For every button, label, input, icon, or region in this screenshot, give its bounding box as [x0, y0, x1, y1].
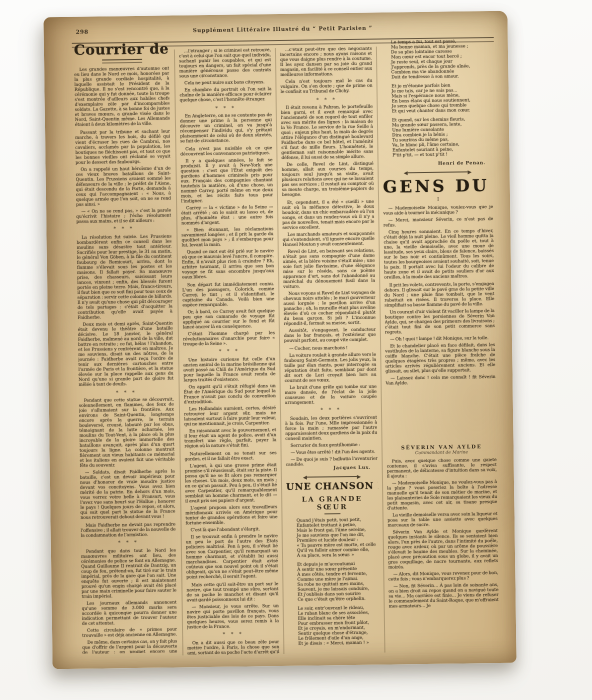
- verse-stanza: Le soir, entr'ouvrant le rideau,Le ruban…: [298, 605, 381, 646]
- text-block: Les grandes manœuvres d'automne ont eu l…: [74, 67, 177, 654]
- article-paragraph: On apprit qu'il s'était réfugié dans un …: [184, 384, 276, 405]
- verse-line: Et qui veut chanter dans mon cœur.: [392, 108, 492, 114]
- section-separator: * * *: [81, 539, 176, 546]
- newspaper-page: 298 Supplément Littéraire Illustré du “ …: [43, 11, 516, 669]
- article-paragraph: On a dit aussi que ce beau zèle pour met…: [187, 640, 279, 656]
- article-paragraph: Or, à bord, ce Carrey avait fait quelque…: [183, 309, 275, 330]
- article-paragraph: « Bien étonnant, les réclamations savamm…: [181, 227, 273, 248]
- verse-line: À sa place, sera la sœur. »: [297, 552, 379, 558]
- article-paragraph: Cinq heures sonnaient. En ce temps d'hiv…: [383, 229, 494, 281]
- arrow-right-icon: [356, 474, 360, 478]
- newspaper-column: ...c'était peut-être que des négociants …: [280, 47, 380, 656]
- article-paragraph: La voiture roulait à grande allure vers …: [284, 352, 376, 383]
- song-section-headline: UNE CHANSON PAR SEMAINE: [286, 481, 378, 493]
- article-paragraph: Serrurier du faux gentilhomme :: [285, 443, 377, 449]
- article-paragraph: De celle, Revel de Lint, distingué homme…: [282, 162, 374, 198]
- article-paragraph: ...l'étranger ; si le criminel est retro…: [179, 48, 271, 79]
- verse-stanza: Et je m'étonne parfois bienJe me tais, c…: [391, 83, 491, 114]
- newspaper-column: Courrier de la SemaineLes grandes manœuv…: [74, 42, 178, 661]
- headline-flourish: [102, 59, 142, 64]
- verse-stanza: Et depuis je m'accoutumaiÀ sentir une sœ…: [297, 561, 380, 602]
- article-paragraph: — Monsieur, je vous arrête. Sur un navir…: [187, 604, 279, 630]
- text-block: — Mademoiselle Monique, voulez-vous que …: [383, 205, 496, 443]
- article-paragraph: En Angleterre, on ne se contente pas de …: [180, 113, 272, 144]
- article-paragraph: Pendant que dans tout le Nord les manœuv…: [81, 548, 177, 599]
- verse-line: P'tit p'tit, — et tout p'tit !: [392, 152, 492, 158]
- article-paragraph: — « On ne se rend pas, » c'est la parole…: [76, 208, 171, 224]
- article-paragraph: — Cocher, nous marchons !: [284, 345, 376, 351]
- article-paragraph: Cela n'est pas nuisible où ce que découv…: [180, 146, 272, 157]
- chapter-numeral: I: [383, 196, 493, 205]
- section-separator: * * *: [285, 407, 377, 414]
- article-paragraph: Les grandes manœuvres d'automne ont eu l…: [74, 67, 170, 128]
- article-paragraph: Les Hollandais auraient, certes, désiré …: [184, 406, 276, 427]
- arrow-right-icon: [468, 170, 472, 174]
- verse-stanza: Le temps a fui, tout est passé,Ma bonne …: [391, 39, 492, 80]
- divider-ornament: [404, 170, 472, 175]
- article-paragraph: Les marchands amateurs et soupçonnés qui…: [283, 231, 375, 247]
- article-paragraph: L'agent proposa alors aux travailleurs m…: [185, 505, 277, 526]
- divider-ornament: [303, 474, 360, 479]
- article-paragraph: — Vous êtes arrêté ! dit l'un des agents…: [286, 450, 378, 456]
- section-separator: * * *: [79, 389, 174, 396]
- article-paragraph: — Soldats, disait Faidherbe après la bat…: [80, 470, 176, 521]
- article-paragraph: — Alors, dit Monique, vous revenez pour …: [388, 571, 498, 583]
- article-paragraph: — Oh ! quoi ! lampe ! dit Monique, sur l…: [385, 336, 495, 343]
- columns-area: Courrier de la SemaineLes grandes manœuv…: [43, 11, 516, 669]
- divider-line: [307, 476, 356, 478]
- headline-block: Courrier de la Semaine: [74, 42, 169, 65]
- article-paragraph: Il prit les volets, contrevents, la port…: [384, 282, 494, 309]
- article-paragraph: Mais Faidherbe ne devait pas reprendre l…: [81, 522, 176, 538]
- section-separator: * * *: [180, 105, 272, 112]
- verse-stanza: Et quand, sur les chemins fleuris,Ma gra…: [392, 117, 493, 158]
- article-paragraph: Un courant d'air violent fit vaciller la…: [385, 309, 495, 336]
- newspaper-column: ...l'étranger ; si le criminel est retro…: [179, 48, 279, 657]
- verse-line: Doit de tendresse à son amour.: [391, 74, 491, 80]
- article-paragraph: — Mademoiselle Monique, ne voulez-vous p…: [387, 480, 497, 512]
- article-paragraph: Cela n'est toujours mal le cas du vulgai…: [280, 79, 372, 95]
- newspaper-column: Le temps a fui, tout est passé,Ma bonne …: [381, 39, 500, 656]
- section-separator: * * *: [281, 96, 373, 103]
- text-block: ...l'étranger ; si le criminel est retro…: [179, 48, 279, 655]
- article-paragraph: Cela ne peut nuire aux bons citoyens.: [179, 80, 271, 86]
- article-paragraph: Revel de Lint, en baissant ses relations…: [283, 249, 376, 290]
- article-paragraph: C'était l'homme chargé par les révolutio…: [183, 331, 275, 347]
- article-paragraph: Le bruit d'une grêle qui tombe sur une m…: [285, 385, 377, 406]
- article-paragraph: Et, cependant, il a été « cueilli » une …: [282, 199, 374, 230]
- small-rule: [324, 513, 340, 514]
- article-paragraph: Carrey — la « victime » de la Seine — ét…: [181, 205, 273, 226]
- article-paragraph: Soudain, les deux portières s'ouvrirent …: [285, 416, 377, 442]
- article-paragraph: — Non, fit Séverin... À pas loin de soix…: [388, 583, 498, 610]
- text-block: Puis, avec quelque chose comme une gaiet…: [387, 457, 499, 635]
- article-paragraph: — Laissez donc ! cela me connaît ! fit S…: [386, 375, 496, 387]
- article-paragraph: En raisonnant avec le gouvernement, et i…: [184, 428, 276, 449]
- section-separator: * * *: [183, 348, 275, 355]
- author-signature: Henri de Penan.: [383, 161, 493, 169]
- article-paragraph: — Mademoiselle Monique, voulez-vous que …: [383, 205, 493, 217]
- article-paragraph: — De quoi je suis ? balbutia l'aventurie…: [286, 457, 378, 466]
- text-block: ...c'était peut-être que des négociants …: [280, 47, 378, 466]
- article-paragraph: Une histoire curieuse fut celle d'un anc…: [183, 357, 275, 383]
- verse-line: Et je disais : « Merci, maman ! »: [298, 640, 380, 646]
- article-paragraph: Les journaux allemands annoncent qu'une …: [82, 600, 177, 626]
- article-paragraph: Il se trouvait enfin à prendre le navire…: [186, 534, 279, 580]
- verse-stanza: Quand j'étais petit, tout petit,Enfantel…: [296, 517, 379, 558]
- section-headline: Courrier de la Semaine: [74, 42, 169, 59]
- article-paragraph: Pendant que cette statue se découvrait, …: [79, 398, 175, 469]
- article-paragraph: — Merci, monsieur Séverin, ce n'est pas …: [383, 217, 493, 229]
- article-paragraph: Deux mois et demi après, Saint-Quentin é…: [78, 322, 174, 388]
- article-paragraph: Et le chandelier placé en face défilait,…: [385, 343, 495, 375]
- article-paragraph: En chambre du portrait où l'on sait la c…: [179, 87, 271, 103]
- story-headline: GENS DU NORD: [383, 176, 493, 197]
- article-paragraph: La vieille demoiselle versa avec soin la…: [387, 512, 497, 529]
- article-paragraph: Séverin Van Aylde et Monique gardèrent q…: [388, 529, 499, 571]
- section-separator: * * *: [76, 226, 171, 233]
- article-paragraph: Aussitôt, s'engageant, le conducteur dan…: [284, 328, 376, 344]
- article-paragraph: Il était revenu à Pahran, le portefeuill…: [281, 105, 374, 161]
- divider-line: [408, 171, 468, 173]
- article-paragraph: Puis, avec quelque chose comme une gaiet…: [387, 457, 497, 479]
- article-paragraph: Mais cette qu'il soit-être un port sur l…: [186, 582, 278, 603]
- article-paragraph: Quand ce mot eut été prié sur le navire …: [182, 249, 274, 280]
- article-paragraph: Son départ fut immédiatement connu. L'un…: [182, 282, 274, 308]
- visiting-card: SÉVERIN VAN AYLDECommandant de Marine: [386, 443, 496, 456]
- article-paragraph: De même, dans certains cas, on y fait pl…: [82, 640, 177, 655]
- article-paragraph: Nous voyons si Revel de Lint voyagea de …: [283, 291, 375, 327]
- article-paragraph: Il y a quelques années, le fait se produ…: [180, 158, 273, 204]
- article-paragraph: Cette circulaire de « primes pour trouva…: [82, 627, 177, 638]
- author-signature: Jacques Lux.: [286, 466, 378, 473]
- article-paragraph: Passant par la tribune et sachant leur m…: [75, 129, 170, 165]
- article-paragraph: ...c'était peut-être que des négociants …: [280, 47, 372, 78]
- article-paragraph: La résolution fut suivie. Les Prussiens …: [77, 234, 173, 320]
- photo-background: 298 Supplément Littéraire Illustré du “ …: [0, 0, 592, 700]
- article-paragraph: L'agent, à qui une grosse prime était pr…: [185, 463, 278, 504]
- song-title: LA GRANDE SŒUR: [286, 495, 378, 512]
- article-paragraph: On a rappelé un haut héroïsme d'un de ce…: [76, 166, 172, 207]
- verse-line: Ce que c'était qu'être orphelin.: [298, 596, 380, 602]
- article-paragraph: C'est là que l'abondant s'élargit.: [186, 527, 278, 533]
- section-separator: * * *: [187, 631, 279, 638]
- article-paragraph: Naturellement on se tenait sur ses garde…: [185, 451, 277, 462]
